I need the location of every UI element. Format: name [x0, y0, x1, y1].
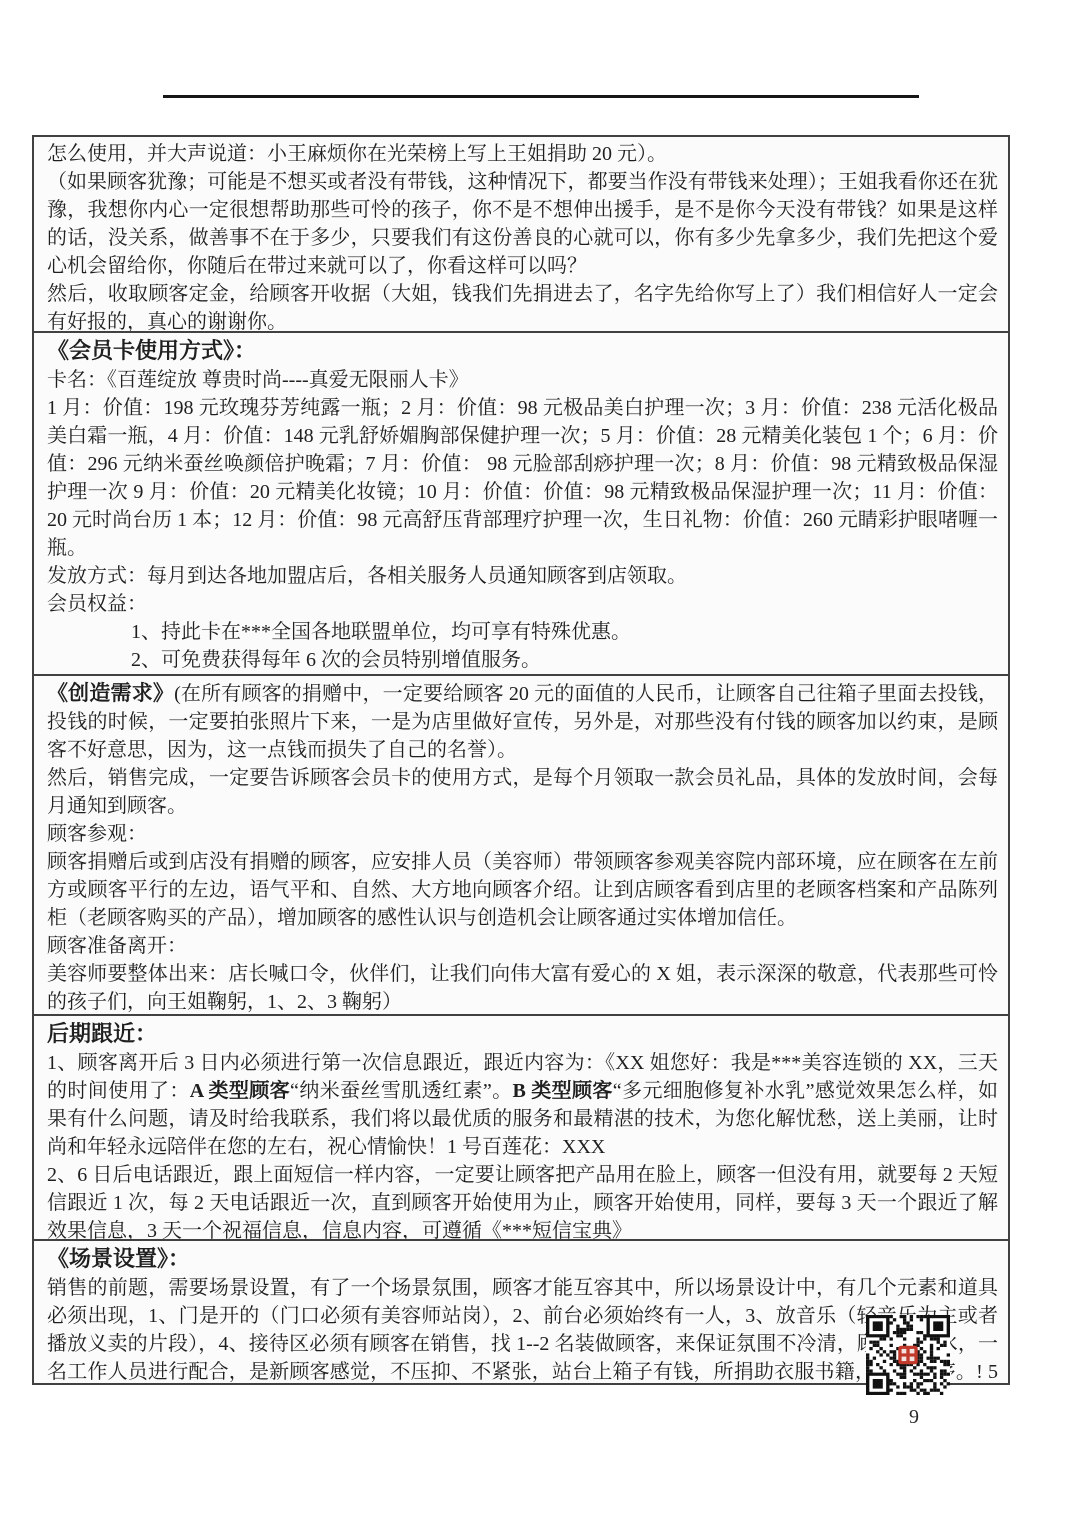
membership-card-name: 卡名：《百莲绽放 尊贵时尚----真爱无限丽人卡》: [47, 366, 998, 394]
donation-script-line-3: 然后，收取顾客定金，给顾客开收据（大姐，钱我们先捐进去了，名字先给你写上了）我们…: [47, 280, 998, 331]
scene-setup-body: 销售的前题，需要场景设置，有了一个场景氛围，顾客才能互容其中，所以场景设计中，有…: [47, 1274, 998, 1383]
qr-code: [866, 1315, 950, 1395]
create-demand-body: (在所有顾客的捐赠中，一定要给顾客 20 元的面值的人民币，让顾客自己往箱子里面…: [47, 683, 998, 761]
membership-benefit-item: 2、可免费获得每年 6 次的会员特别增值服务。: [47, 646, 998, 674]
customer-type-b-label: B 类型顾客: [513, 1080, 613, 1102]
membership-benefits-title: 会员权益：: [47, 590, 998, 618]
page-number: 9: [896, 1406, 932, 1429]
section-scene-setup: 《场景设置》： 销售的前题，需要场景设置，有了一个场景氛围，顾客才能互容其中，所…: [34, 1239, 1008, 1383]
create-demand-title: 《创造需求》: [47, 681, 174, 705]
membership-benefit-item: 1、持此卡在***全国各地联盟单位，均可享有特殊优惠。: [47, 618, 998, 646]
membership-card-title: 《会员卡使用方式》：: [47, 336, 998, 366]
create-demand-paragraph: 《创造需求》(在所有顾客的捐赠中，一定要给顾客 20 元的面值的人民币，让顾客自…: [47, 679, 998, 764]
create-demand-followthrough: 然后，销售完成，一定要告诉顾客会员卡的使用方式，是每个月领取一款会员礼品，具体的…: [47, 764, 998, 820]
donation-script-line-1: 怎么使用，并大声说道：小王麻烦你在光荣榜上写上王姐捐助 20 元）。: [47, 140, 998, 168]
document-table: 怎么使用，并大声说道：小王麻烦你在光荣榜上写上王姐捐助 20 元）。 （如果顾客…: [32, 135, 1010, 1385]
followup-step-2: 2、6 日后电话跟近，跟上面短信一样内容，一定要让顾客把产品用在脸上，顾客一但没…: [47, 1161, 998, 1239]
customer-type-a-label: A 类型顾客: [190, 1080, 290, 1102]
customer-visit-title: 顾客参观：: [47, 820, 998, 848]
followup-step-1: 1、顾客离开后 3 日内必须进行第一次信息跟近，跟近内容为：《XX 姐您好：我是…: [47, 1049, 998, 1161]
membership-monthly-gifts: 1 月：价值：198 元玫瑰芬芳纯露一瓶；2 月：价值：98 元极品美白护理一次…: [47, 394, 998, 562]
section-create-demand: 《创造需求》(在所有顾客的捐赠中，一定要给顾客 20 元的面值的人民币，让顾客自…: [34, 674, 1008, 1014]
followup-step-1-text: “纳米蚕丝雪肌透红素”。: [290, 1080, 512, 1102]
qr-seal: [898, 1346, 917, 1365]
followup-title: 后期跟近：: [47, 1019, 998, 1049]
customer-visit-body: 顾客捐赠后或到店没有捐赠的顾客，应安排人员（美容师）带领顾客参观美容院内部环境，…: [47, 848, 998, 932]
donation-script-line-2: （如果顾客犹豫；可能是不想买或者没有带钱，这种情况下，都要当作没有带钱来处理）；…: [47, 168, 998, 280]
section-membership-card: 《会员卡使用方式》： 卡名：《百莲绽放 尊贵时尚----真爱无限丽人卡》 1 月…: [34, 331, 1008, 674]
customer-leave-body: 美容师要整体出来：店长喊口令，伙伴们，让我们向伟大富有爱心的 X 姐，表示深深的…: [47, 960, 998, 1014]
scene-setup-title: 《场景设置》：: [47, 1244, 998, 1274]
section-followup: 后期跟近： 1、顾客离开后 3 日内必须进行第一次信息跟近，跟近内容为：《XX …: [34, 1014, 1008, 1239]
section-donation-script: 怎么使用，并大声说道：小王麻烦你在光荣榜上写上王姐捐助 20 元）。 （如果顾客…: [34, 137, 1008, 331]
membership-distribution: 发放方式：每月到达各地加盟店后，各相关服务人员通知顾客到店领取。: [47, 562, 998, 590]
customer-leave-title: 顾客准备离开：: [47, 932, 998, 960]
header-rule: [163, 95, 919, 98]
